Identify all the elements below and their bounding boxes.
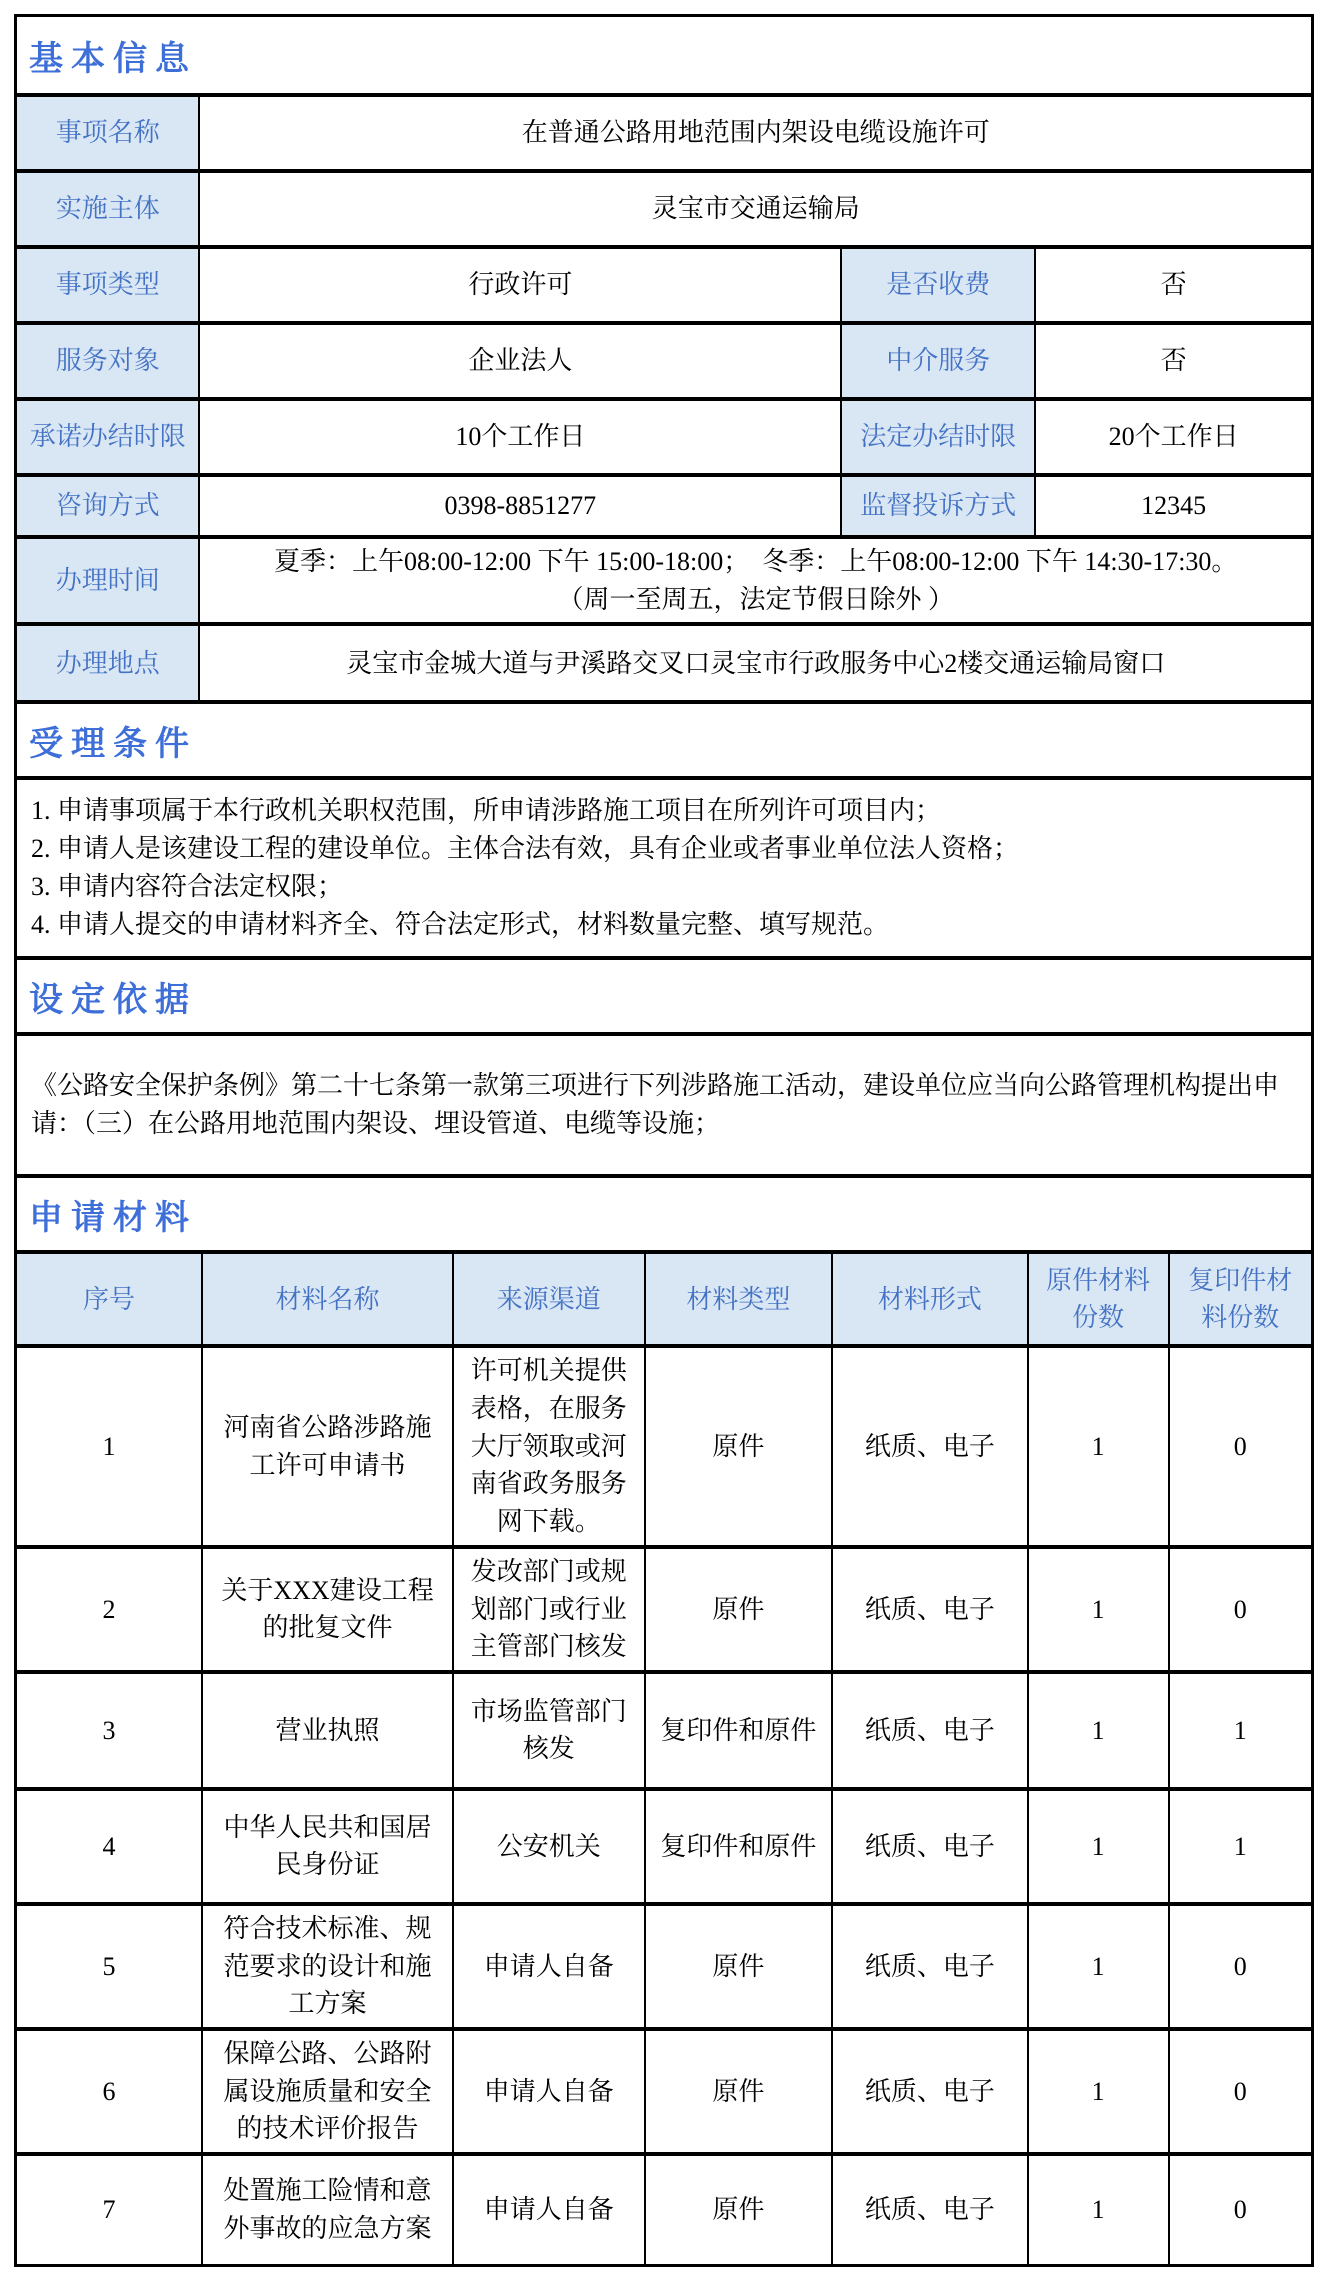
- field-label-statutory-time-limit: 法定办结时限: [841, 399, 1035, 475]
- field-label-item-type: 事项类型: [17, 247, 199, 323]
- table-row: 5 符合技术标准、规范要求的设计和施工方案 申请人自备 原件 纸质、电子 1 0: [17, 1904, 1311, 2029]
- field-label-promised-time-limit: 承诺办结时限: [17, 399, 199, 475]
- cell-original-copies: 1: [1028, 2154, 1169, 2264]
- condition-line: 1. 申请事项属于本行政机关职权范围，所申请涉路施工项目在所列许可项目内；: [31, 792, 1297, 830]
- cell-source-channel: 许可机关提供表格，在服务大厅领取或河南省政务服务网下载。: [453, 1346, 645, 1546]
- cell-material-name: 中华人民共和国居民身份证: [202, 1789, 453, 1904]
- cell-seq: 6: [17, 2029, 202, 2154]
- section-title-application-materials: 申请材料: [17, 1174, 1311, 1250]
- field-label-item-name: 事项名称: [17, 95, 199, 171]
- cell-material-type: 原件: [645, 1904, 833, 2029]
- field-value-statutory-time-limit: 20个工作日: [1035, 399, 1311, 475]
- cell-material-form: 纸质、电子: [832, 1904, 1027, 2029]
- table-row: 6 保障公路、公路附属设施质量和安全的技术评价报告 申请人自备 原件 纸质、电子…: [17, 2029, 1311, 2154]
- cell-material-form: 纸质、电子: [832, 1672, 1027, 1789]
- column-header-material-name: 材料名称: [202, 1252, 453, 1346]
- cell-source-channel: 发改部门或规划部门或行业主管部门核发: [453, 1547, 645, 1672]
- column-header-source-channel: 来源渠道: [453, 1252, 645, 1346]
- table-row: 办理时间 夏季：上午08:00-12:00 下午 15:00-18:00； 冬季…: [17, 537, 1311, 624]
- cell-material-type: 复印件和原件: [645, 1672, 833, 1789]
- basic-info-table: 事项名称 在普通公路用地范围内架设电缆设施许可 实施主体 灵宝市交通运输局 事项…: [17, 93, 1311, 700]
- column-header-material-type: 材料类型: [645, 1252, 833, 1346]
- field-value-office-hours: 夏季：上午08:00-12:00 下午 15:00-18:00； 冬季：上午08…: [199, 537, 1311, 624]
- table-row: 服务对象 企业法人 中介服务 否: [17, 323, 1311, 399]
- field-value-intermediary-service: 否: [1035, 323, 1311, 399]
- cell-material-type: 原件: [645, 2154, 833, 2264]
- cell-seq: 7: [17, 2154, 202, 2264]
- table-row: 2 关于XXX建设工程的批复文件 发改部门或规划部门或行业主管部门核发 原件 纸…: [17, 1547, 1311, 1672]
- table-row: 办理地点 灵宝市金城大道与尹溪路交叉口灵宝市行政服务中心2楼交通运输局窗口: [17, 624, 1311, 700]
- cell-material-form: 纸质、电子: [832, 1346, 1027, 1546]
- service-item-document: 基本信息 事项名称 在普通公路用地范围内架设电缆设施许可 实施主体 灵宝市交通运…: [14, 14, 1314, 2267]
- field-label-consultation-method: 咨询方式: [17, 475, 199, 537]
- cell-seq: 4: [17, 1789, 202, 1904]
- field-value-promised-time-limit: 10个工作日: [199, 399, 841, 475]
- cell-material-type: 原件: [645, 1346, 833, 1546]
- cell-source-channel: 公安机关: [453, 1789, 645, 1904]
- table-row: 7 处置施工险情和意外事故的应急方案 申请人自备 原件 纸质、电子 1 0: [17, 2154, 1311, 2264]
- cell-material-name: 符合技术标准、规范要求的设计和施工方案: [202, 1904, 453, 2029]
- cell-material-type: 复印件和原件: [645, 1789, 833, 1904]
- table-row: 咨询方式 0398-8851277 监督投诉方式 12345: [17, 475, 1311, 537]
- field-value-fee-charged: 否: [1035, 247, 1311, 323]
- cell-source-channel: 申请人自备: [453, 2154, 645, 2264]
- cell-photocopy-copies: 0: [1169, 1547, 1311, 1672]
- table-row: 4 中华人民共和国居民身份证 公安机关 复印件和原件 纸质、电子 1 1: [17, 1789, 1311, 1904]
- field-value-item-type: 行政许可: [199, 247, 841, 323]
- cell-photocopy-copies: 0: [1169, 2029, 1311, 2154]
- table-row: 1 河南省公路涉路施工许可申请书 许可机关提供表格，在服务大厅领取或河南省政务服…: [17, 1346, 1311, 1546]
- field-label-implementing-body: 实施主体: [17, 171, 199, 247]
- field-label-service-target: 服务对象: [17, 323, 199, 399]
- table-row: 事项名称 在普通公路用地范围内架设电缆设施许可: [17, 95, 1311, 171]
- acceptance-conditions-text: 1. 申请事项属于本行政机关职权范围，所申请涉路施工项目在所列许可项目内； 2.…: [17, 776, 1311, 956]
- section-title-basic-info: 基本信息: [17, 17, 1311, 93]
- cell-photocopy-copies: 0: [1169, 1904, 1311, 2029]
- table-row: 3 营业执照 市场监管部门核发 复印件和原件 纸质、电子 1 1: [17, 1672, 1311, 1789]
- cell-original-copies: 1: [1028, 1547, 1169, 1672]
- table-row: 承诺办结时限 10个工作日 法定办结时限 20个工作日: [17, 399, 1311, 475]
- field-value-service-target: 企业法人: [199, 323, 841, 399]
- cell-photocopy-copies: 0: [1169, 1346, 1311, 1546]
- field-value-item-name: 在普通公路用地范围内架设电缆设施许可: [199, 95, 1311, 171]
- column-header-photocopy-copies: 复印件材料份数: [1169, 1252, 1311, 1346]
- field-label-fee-charged: 是否收费: [841, 247, 1035, 323]
- legal-basis-text: 《公路安全保护条例》第二十七条第一款第三项进行下列涉路施工活动，建设单位应当向公…: [17, 1032, 1311, 1174]
- cell-seq: 1: [17, 1346, 202, 1546]
- column-header-seq: 序号: [17, 1252, 202, 1346]
- field-value-consultation-phone: 0398-8851277: [199, 475, 841, 537]
- cell-seq: 5: [17, 1904, 202, 2029]
- cell-photocopy-copies: 0: [1169, 2154, 1311, 2264]
- field-value-implementing-body: 灵宝市交通运输局: [199, 171, 1311, 247]
- field-label-intermediary-service: 中介服务: [841, 323, 1035, 399]
- cell-original-copies: 1: [1028, 1672, 1169, 1789]
- cell-photocopy-copies: 1: [1169, 1789, 1311, 1904]
- cell-material-form: 纸质、电子: [832, 2154, 1027, 2264]
- table-row: 事项类型 行政许可 是否收费 否: [17, 247, 1311, 323]
- cell-source-channel: 市场监管部门核发: [453, 1672, 645, 1789]
- cell-material-name: 关于XXX建设工程的批复文件: [202, 1547, 453, 1672]
- cell-source-channel: 申请人自备: [453, 1904, 645, 2029]
- condition-line: 2. 申请人是该建设工程的建设单位。主体合法有效，具有企业或者事业单位法人资格；: [31, 830, 1297, 868]
- field-label-office-hours: 办理时间: [17, 537, 199, 624]
- table-row: 实施主体 灵宝市交通运输局: [17, 171, 1311, 247]
- field-value-complaint-hotline: 12345: [1035, 475, 1311, 537]
- condition-line: 3. 申请内容符合法定权限；: [31, 868, 1297, 906]
- cell-material-form: 纸质、电子: [832, 1547, 1027, 1672]
- cell-material-name: 营业执照: [202, 1672, 453, 1789]
- cell-material-form: 纸质、电子: [832, 2029, 1027, 2154]
- cell-original-copies: 1: [1028, 1346, 1169, 1546]
- field-label-complaint-method: 监督投诉方式: [841, 475, 1035, 537]
- cell-source-channel: 申请人自备: [453, 2029, 645, 2154]
- cell-seq: 2: [17, 1547, 202, 1672]
- cell-material-type: 原件: [645, 1547, 833, 1672]
- field-label-office-location: 办理地点: [17, 624, 199, 700]
- cell-material-form: 纸质、电子: [832, 1789, 1027, 1904]
- cell-material-name: 处置施工险情和意外事故的应急方案: [202, 2154, 453, 2264]
- section-title-legal-basis: 设定依据: [17, 956, 1311, 1032]
- cell-original-copies: 1: [1028, 2029, 1169, 2154]
- cell-seq: 3: [17, 1672, 202, 1789]
- cell-original-copies: 1: [1028, 1904, 1169, 2029]
- cell-original-copies: 1: [1028, 1789, 1169, 1904]
- table-header-row: 序号 材料名称 来源渠道 材料类型 材料形式 原件材料份数 复印件材料份数: [17, 1252, 1311, 1346]
- application-materials-table: 序号 材料名称 来源渠道 材料类型 材料形式 原件材料份数 复印件材料份数 1 …: [17, 1250, 1311, 2264]
- column-header-material-form: 材料形式: [832, 1252, 1027, 1346]
- section-title-acceptance-conditions: 受理条件: [17, 700, 1311, 776]
- condition-line: 4. 申请人提交的申请材料齐全、符合法定形式，材料数量完整、填写规范。: [31, 906, 1297, 944]
- cell-material-name: 保障公路、公路附属设施质量和安全的技术评价报告: [202, 2029, 453, 2154]
- cell-material-type: 原件: [645, 2029, 833, 2154]
- column-header-original-copies: 原件材料份数: [1028, 1252, 1169, 1346]
- cell-material-name: 河南省公路涉路施工许可申请书: [202, 1346, 453, 1546]
- cell-photocopy-copies: 1: [1169, 1672, 1311, 1789]
- field-value-office-location: 灵宝市金城大道与尹溪路交叉口灵宝市行政服务中心2楼交通运输局窗口: [199, 624, 1311, 700]
